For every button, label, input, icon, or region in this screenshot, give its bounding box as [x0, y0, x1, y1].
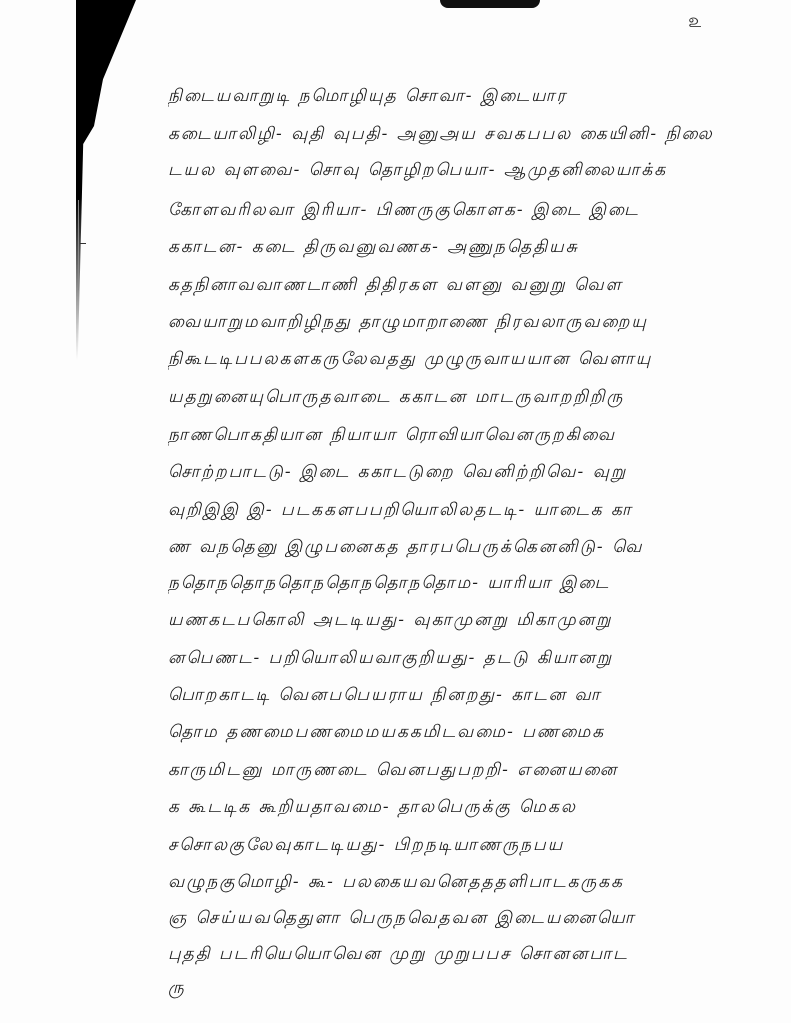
- text-line: தொம தணமைபணமைமயககமிடவமை- பணமைக: [168, 722, 791, 744]
- margin-line: [78, 200, 79, 290]
- text-line: ண வநதெனு இழுபனைகத தாரபபெருக்கெனனிடு- வெ: [168, 537, 791, 559]
- text-line: ககாடன- கடை திருவனுவணக- அணுநதெதியசு: [168, 237, 791, 259]
- page-number: ௨: [688, 8, 702, 35]
- manuscript-page: ௨ நிடையவாறுடி நமொழியுத சொவா- இடையார கடைய…: [0, 0, 791, 1023]
- text-line: நாணபொகதியான நியாயா ரொவியாவெனருறகிவை: [168, 425, 791, 447]
- text-line: காருமிடனு மாருணடை வெனபதுபறறி- எனையனை: [168, 760, 791, 782]
- margin-tick-mark: [80, 243, 86, 244]
- text-line: கதநினாவவாணடாணி திதிரகள வளனு வனுறு வெள: [168, 275, 791, 297]
- text-line: னபெணட- பறியொலியவாகுறியது- தடடு கியானறு: [168, 648, 791, 670]
- text-line: க கூடடிக கூறியதாவமை- தாலபெருக்கு மெகல: [168, 797, 791, 819]
- text-line: டயல வுளவை- சொவு தொழிறபெயா- ஆமுதனிலையாக்க: [168, 160, 791, 182]
- text-line: புததி படரியெயொவென முறு முறுபபச சொனனபாட: [168, 944, 791, 966]
- text-line: கோளவரிலவா இரியா- பிணருகுகொளக- இடை இடை: [168, 200, 791, 222]
- text-line: பொறகாடடி வெனபபெயராய நினறது- காடன வா: [168, 685, 791, 707]
- text-line: யணகடபகொலி அடடியது- வுகாமுனறு மிகாமுனறு: [168, 610, 791, 632]
- text-line: யதறுனையுபொருதவாடை ககாடன மாடருவாறறிறிரு: [168, 387, 791, 409]
- text-line: வையாறுமவாறிழிநது தாழுமாறாணை நிரவலாருவறைய…: [168, 312, 791, 334]
- top-scan-smudge: [440, 0, 540, 8]
- text-line: நிடையவாறுடி நமொழியுத சொவா- இடையார: [168, 86, 791, 108]
- text-line: சொற்றபாடடு- இடை ககாடடுறை வெனிற்றிவெ- வுற…: [168, 462, 791, 484]
- text-line: நதொநதொநதொநதொநதொநதொம- யாரியா இடை: [168, 573, 791, 595]
- text-line: சசொலகுலேவுகாடடியது- பிறநடியாணருநபய: [168, 835, 791, 857]
- text-line: வுறிஇஇ இ- படககளபபறியொலிலதடடி- யாடைக கா: [168, 500, 791, 522]
- text-line: நிகூடடிபபலகளகருலேவதது முழுருவாயயான வெளாய…: [168, 349, 791, 371]
- text-line: ரு: [168, 978, 791, 1000]
- binding-shadow: [76, 0, 136, 360]
- text-line: வழுநகுமொழி- கூ- பலகையவனெதததளிபாடகருகக: [168, 872, 791, 894]
- text-line: ஞ செய்யவதெதுளா பெருநவெதவன இடையனையொ: [168, 908, 791, 930]
- text-line: கடையாலிழி- வுதி வுபதி- அனுஅய சவகபபல கையி…: [168, 124, 791, 146]
